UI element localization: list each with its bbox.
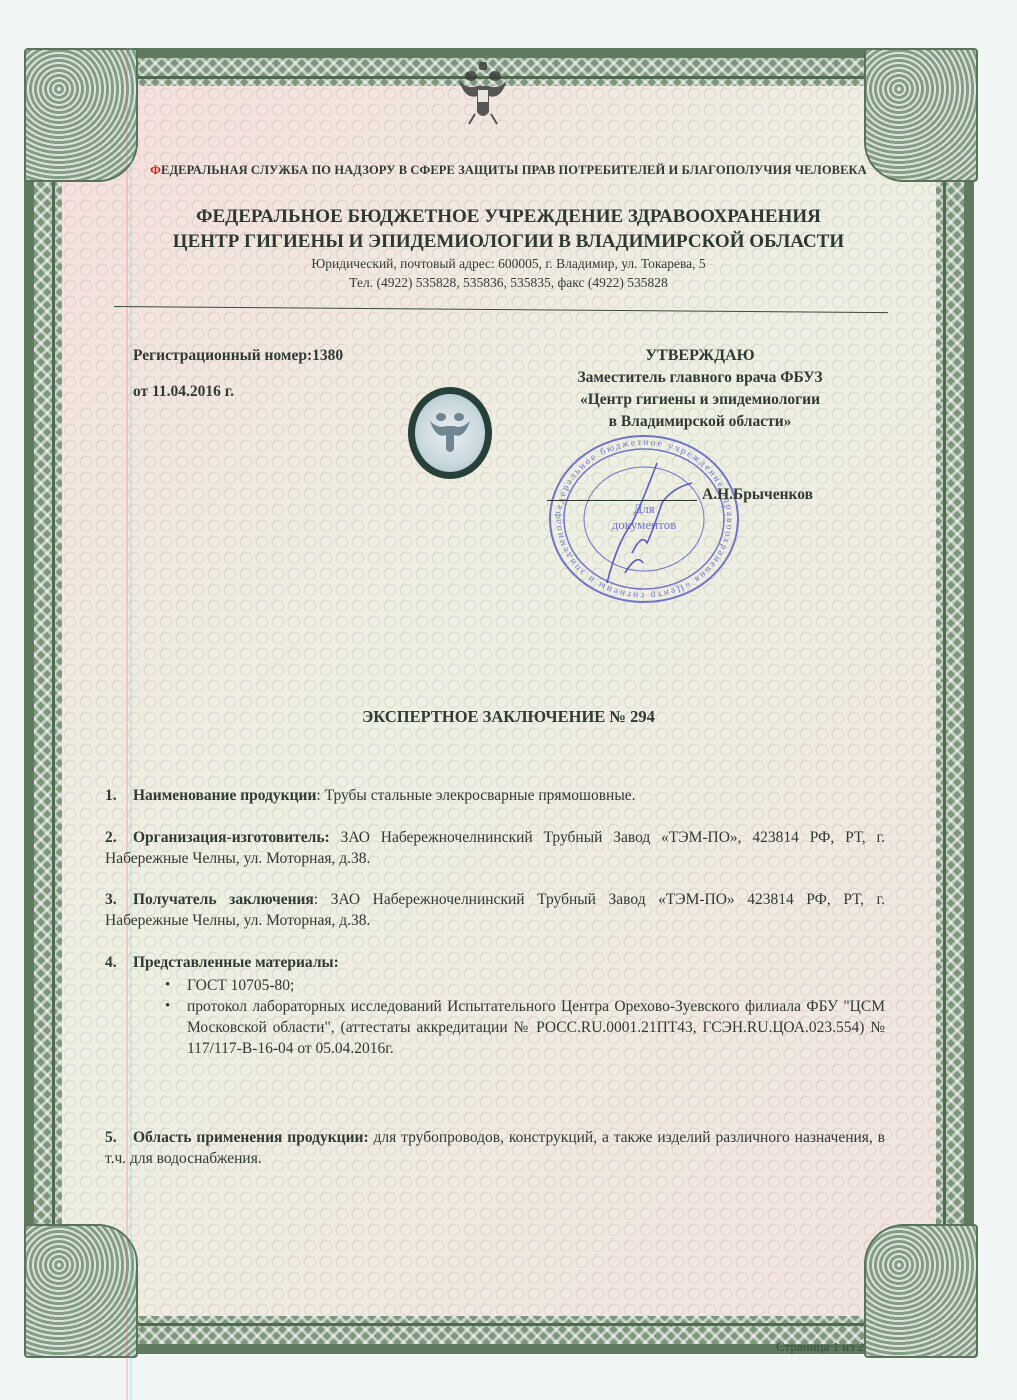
item-separator <box>330 829 341 846</box>
registration-number: Регистрационный номер:1380 <box>133 347 343 365</box>
item-text: Трубы стальные элекросварные прямошовные… <box>325 787 636 804</box>
agency-name: ФЕДЕРАЛЬНАЯ СЛУЖБА ПО НАДЗОРУ В СФЕРЕ ЗА… <box>0 163 1017 178</box>
item-product-name: 1.Наименование продукции: Трубы стальные… <box>105 785 885 806</box>
signer-name: А.Н.Брыченков <box>702 486 813 504</box>
item-label: Получатель заключения <box>133 891 314 908</box>
item-number: 5. <box>105 1127 133 1148</box>
item-separator: : <box>316 787 324 804</box>
approval-block: УТВЕРЖДАЮ Заместитель главного врача ФБУ… <box>520 345 880 433</box>
header-divider <box>114 306 888 313</box>
item-label: Наименование продукции <box>133 787 316 804</box>
approval-title: УТВЕРЖДАЮ <box>520 345 880 367</box>
registration-date: от 11.04.2016 г. <box>133 383 234 401</box>
item-application-area: 5.Область применения продукции: для труб… <box>105 1127 885 1169</box>
document-title: ЭКСПЕРТНОЕ ЗАКЛЮЧЕНИЕ № 294 <box>0 707 1017 727</box>
item-label: Представленные материалы: <box>133 954 339 971</box>
hologram-seal <box>408 387 492 479</box>
page-number: Страница 1 из 2 <box>776 1339 864 1355</box>
item-submitted-materials: 4.Представленные материалы: ГОСТ 10705-8… <box>105 952 885 1059</box>
institution-phones: Тел. (4922) 535828, 535836, 535835, факс… <box>0 275 1017 291</box>
official-stamp: Федеральное бюджетное учреждение здравоо… <box>547 433 742 605</box>
hologram-inner <box>415 394 485 472</box>
eagle-hologram-icon <box>428 407 472 459</box>
institution-name-line-2: ЦЕНТР ГИГИЕНЫ И ЭПИДЕМИОЛОГИИ В ВЛАДИМИР… <box>0 231 1017 253</box>
institution-address: Юридический, почтовый адрес: 600005, г. … <box>0 256 1017 272</box>
item-label: Область применения продукции: <box>133 1129 369 1146</box>
approval-position-line-2: «Центр гигиены и эпидемиологии <box>520 389 880 411</box>
item-number: 4. <box>105 952 133 973</box>
item-number: 1. <box>105 785 133 806</box>
approval-position-line-1: Заместитель главного врача ФБУЗ <box>520 367 880 389</box>
agency-first-letter: Ф <box>150 163 161 177</box>
item-label: Организация-изготовитель: <box>133 829 330 846</box>
materials-list: ГОСТ 10705-80; протокол лабораторных исс… <box>105 975 885 1059</box>
list-item: протокол лабораторных исследований Испыт… <box>165 996 885 1059</box>
item-number: 3. <box>105 889 133 910</box>
item-manufacturer: 2.Организация-изготовитель: ЗАО Набережн… <box>105 827 885 869</box>
approval-position-line-3: в Владимирской области» <box>520 411 880 433</box>
list-item: ГОСТ 10705-80; <box>165 975 885 996</box>
stamp-center-line-2: документов <box>612 517 677 532</box>
institution-name-line-1: ФЕДЕРАЛЬНОЕ БЮДЖЕТНОЕ УЧРЕЖДЕНИЕ ЗДРАВОО… <box>0 206 1017 228</box>
agency-name-rest: ЕДЕРАЛЬНАЯ СЛУЖБА ПО НАДЗОРУ В СФЕРЕ ЗАЩ… <box>161 163 867 177</box>
signature-line <box>547 500 697 501</box>
item-recipient: 3.Получатель заключения: ЗАО Набережноче… <box>105 889 885 931</box>
item-separator: : <box>314 891 331 908</box>
item-number: 2. <box>105 827 133 848</box>
